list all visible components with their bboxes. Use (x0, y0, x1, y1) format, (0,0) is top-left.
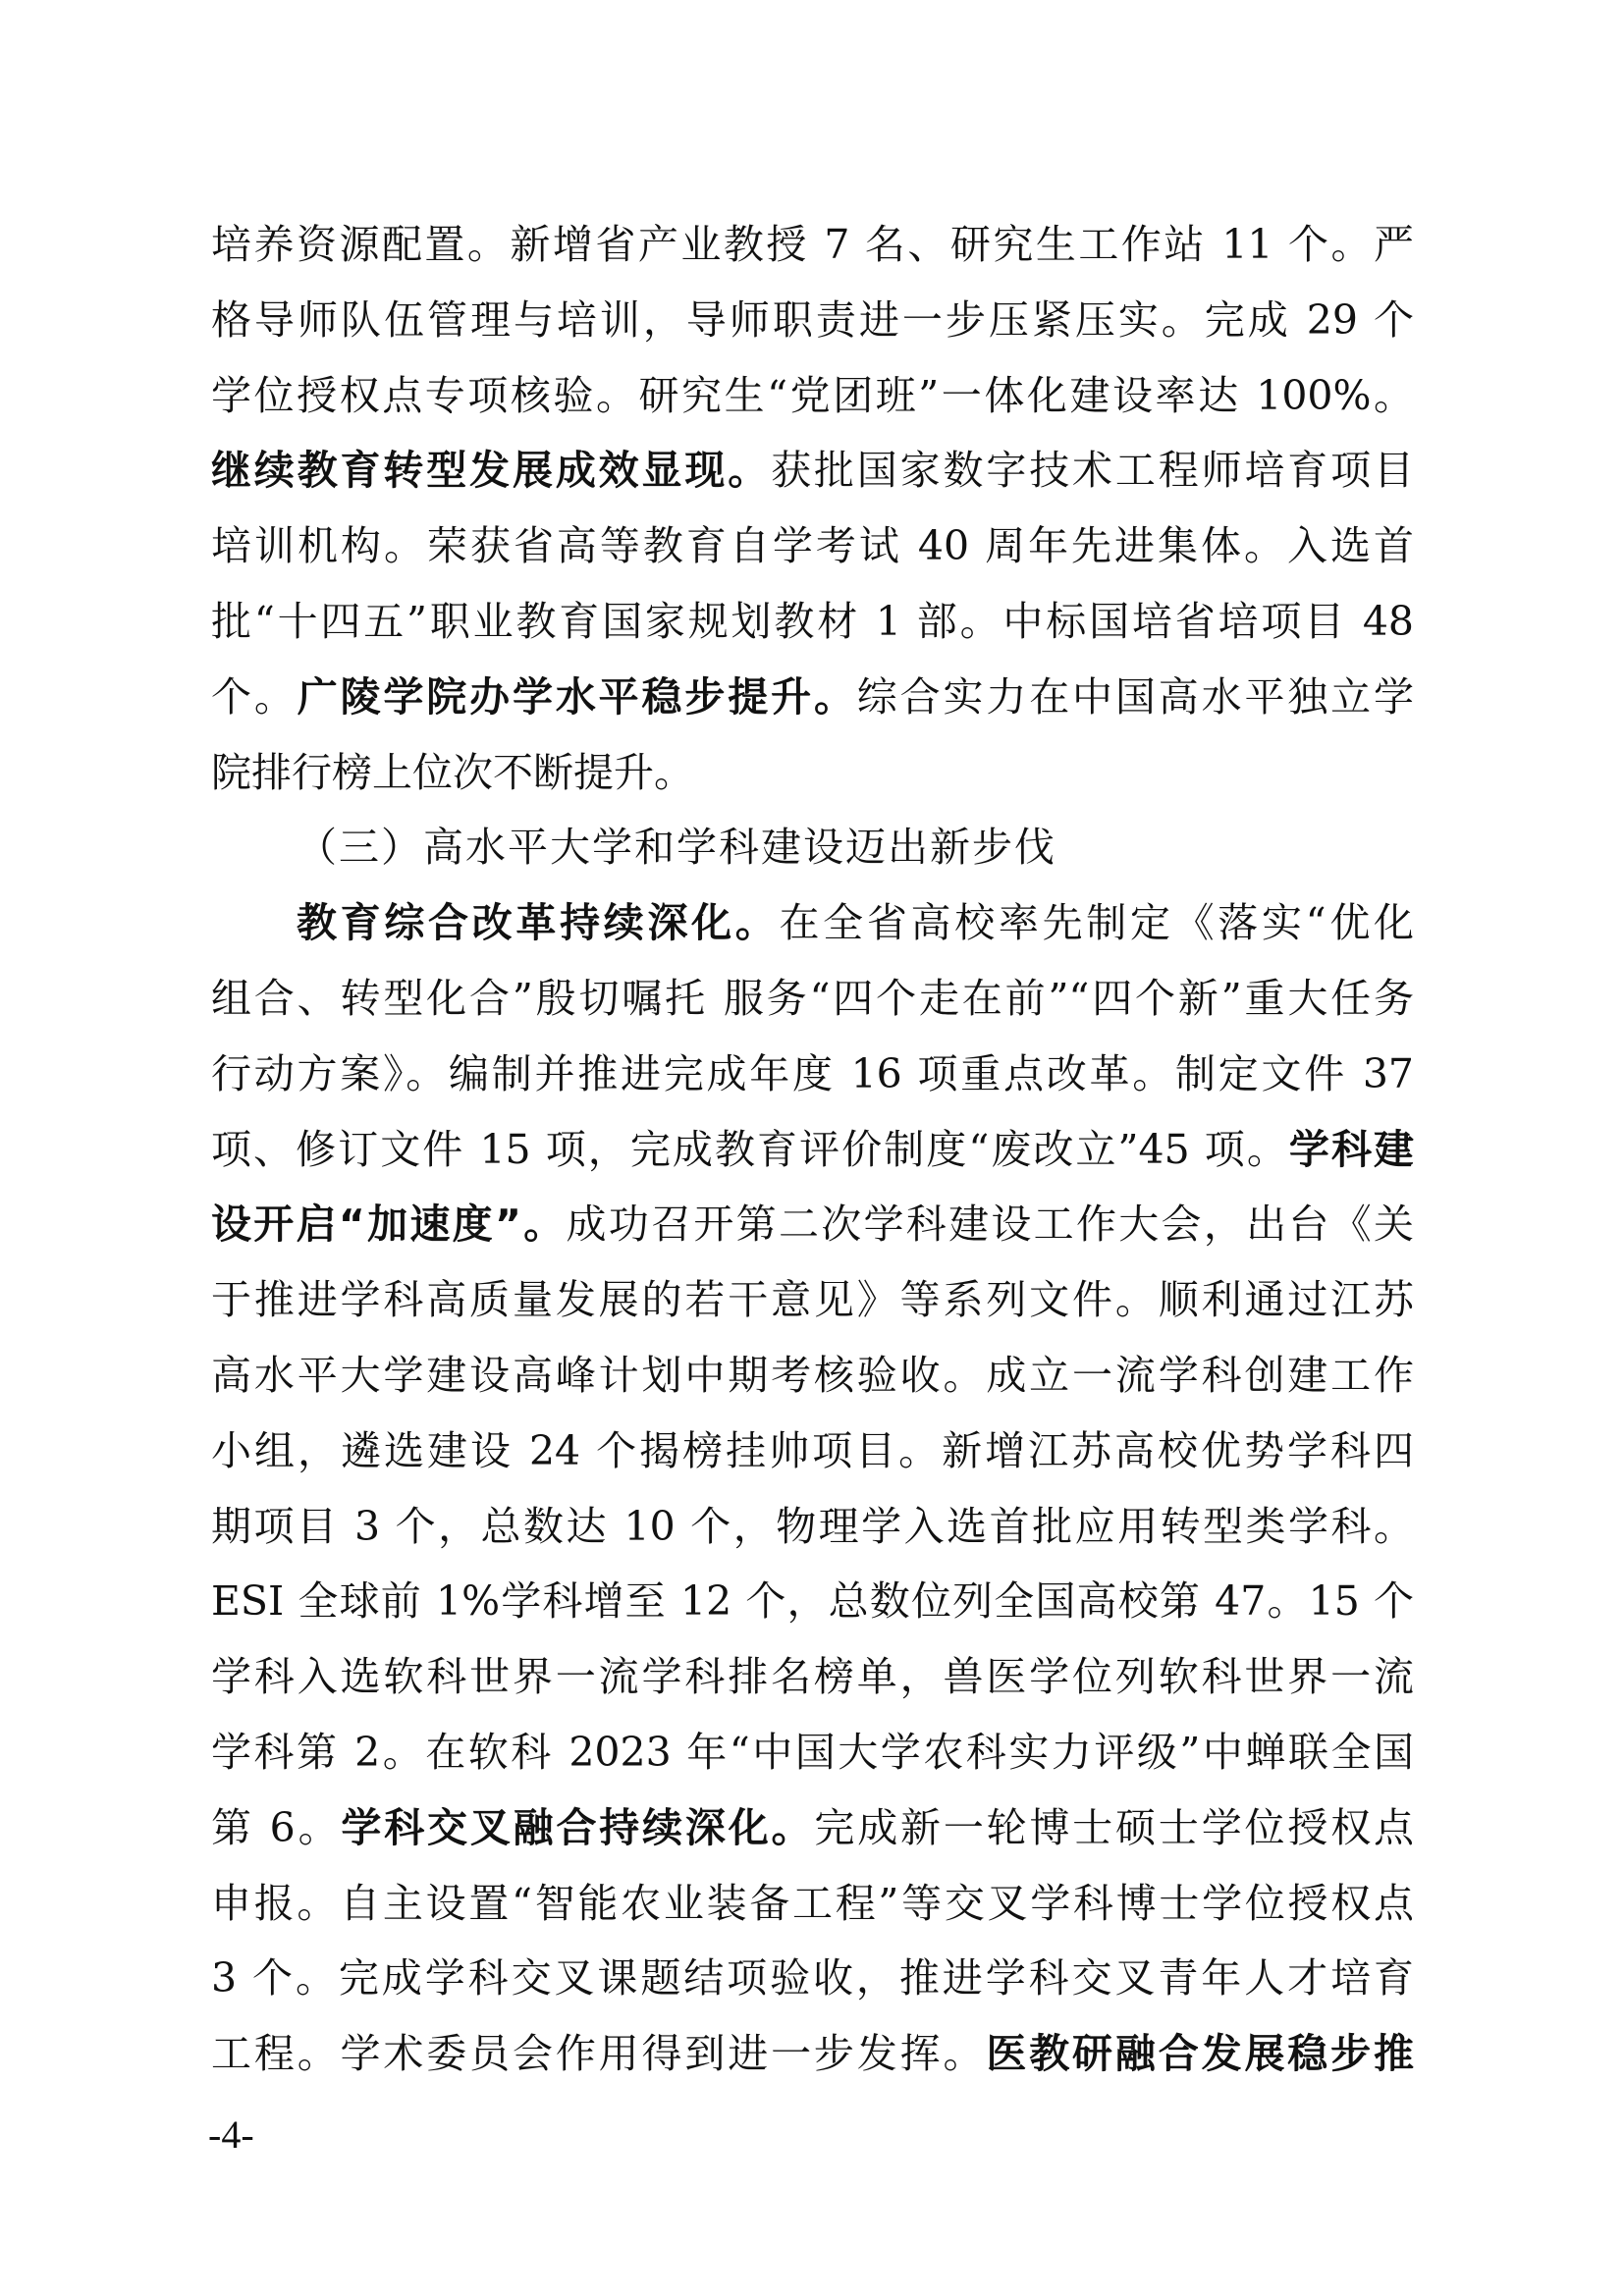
text-line: 行动方案》。编制并推进完成年度 16 项重点改革。制定文件 37 (211, 1049, 1414, 1098)
text-line: 高水平大学建设高峰计划中期考核验收。成立一流学科创建工作 (211, 1351, 1414, 1400)
text-run: 格导师队伍管理与培训，导师职责进一步压紧压实。完成 29 个 (211, 296, 1414, 344)
text-run: 第 6。 (211, 1804, 341, 1851)
text-run: 院排行榜上位次不断提升。 (211, 749, 694, 796)
text-line: 于推进学科高质量发展的若干意见》等系列文件。顺利通过江苏 (211, 1275, 1414, 1324)
text-line: 培训机构。荣获省高等教育自学考试 40 周年先进集体。入选首 (211, 521, 1414, 570)
bold-run-heading: 学科交叉融合持续深化。 (341, 1804, 814, 1851)
text-run: 组合、转型化合”殷切嘱托 服务“四个走在前”“四个新”重大任务 (211, 975, 1414, 1022)
text-run: ESI 全球前 1%学科增至 12 个，总数位列全国高校第 47。15 个 (211, 1577, 1414, 1625)
bold-run-heading: 继续教育转型发展成效显现。 (211, 447, 771, 494)
text-run: 在全省高校率先制定《落实“优化 (780, 899, 1415, 946)
text-run: 批“十四五”职业教育国家规划教材 1 部。中标国培省培项目 48 (211, 598, 1414, 645)
page-number: -4- (208, 2110, 254, 2160)
text-run: 行动方案》。编制并推进完成年度 16 项重点改革。制定文件 37 (211, 1050, 1414, 1097)
text-run: 成功召开第二次学科建设工作大会，出台《关 (567, 1201, 1415, 1248)
text-line: 学科第 2。在软科 2023 年“中国大学农科实力评级”中蝉联全国 (211, 1728, 1414, 1777)
text-line: 3 个。完成学科交叉课题结项验收，推进学科交叉青年人才培育 (211, 1953, 1414, 2002)
text-line: 格导师队伍管理与培训，导师职责进一步压紧压实。完成 29 个 (211, 295, 1414, 345)
text-run: 综合实力在中国高水平独立学 (857, 673, 1414, 721)
text-run: 学科入选软科世界一流学科排名榜单，兽医学位列软科世界一流 (211, 1653, 1414, 1700)
text-run: 培养资源配置。新增省产业教授 7 名、研究生工作站 11 个。严 (211, 221, 1414, 268)
text-line: 批“十四五”职业教育国家规划教材 1 部。中标国培省培项目 48 (211, 597, 1414, 646)
document-page: 培养资源配置。新增省产业教授 7 名、研究生工作站 11 个。严格导师队伍管理与… (0, 0, 1624, 2296)
text-line: 期项目 3 个，总数达 10 个，物理学入选首批应用转型类学科。 (211, 1502, 1414, 1551)
text-run: 申报。自主设置“智能农业装备工程”等交叉学科博士学位授权点 (211, 1880, 1414, 1927)
text-line: 教育综合改革持续深化。在全省高校率先制定《落实“优化 (297, 898, 1414, 947)
text-run: 学位授权点专项核验。研究生“党团班”一体化建设率达 100%。 (211, 372, 1414, 419)
text-run: 期项目 3 个，总数达 10 个，物理学入选首批应用转型类学科。 (211, 1503, 1414, 1550)
text-line: 组合、转型化合”殷切嘱托 服务“四个走在前”“四个新”重大任务 (211, 974, 1414, 1023)
text-line: 申报。自主设置“智能农业装备工程”等交叉学科博士学位授权点 (211, 1879, 1414, 1928)
text-line: 设开启“加速度”。成功召开第二次学科建设工作大会，出台《关 (211, 1200, 1414, 1249)
text-line: 项、修订文件 15 项，完成教育评价制度“废改立”45 项。学科建 (211, 1125, 1414, 1174)
text-run: 于推进学科高质量发展的若干意见》等系列文件。顺利通过江苏 (211, 1276, 1414, 1323)
text-run: 工程。学术委员会作用得到进一步发挥。 (211, 2030, 986, 2077)
text-line: ESI 全球前 1%学科增至 12 个，总数位列全国高校第 47。15 个 (211, 1576, 1414, 1626)
text-run: 高水平大学建设高峰计划中期考核验收。成立一流学科创建工作 (211, 1352, 1414, 1399)
text-line: 学科入选软科世界一流学科排名榜单，兽医学位列软科世界一流 (211, 1652, 1414, 1701)
text-run: 3 个。完成学科交叉课题结项验收，推进学科交叉青年人才培育 (211, 1954, 1414, 2002)
text-run: （三）高水平大学和学科建设迈出新步伐 (297, 824, 1056, 871)
text-line: 第 6。学科交叉融合持续深化。完成新一轮博士硕士学位授权点 (211, 1803, 1414, 1852)
text-run: 小组，遴选建设 24 个揭榜挂帅项目。新增江苏高校优势学科四 (211, 1427, 1414, 1474)
bold-run-heading: 广陵学院办学水平稳步提升。 (298, 673, 857, 721)
section-heading: （三）高水平大学和学科建设迈出新步伐 (297, 823, 1056, 872)
text-line: 小组，遴选建设 24 个揭榜挂帅项目。新增江苏高校优势学科四 (211, 1426, 1414, 1475)
text-run: 完成新一轮博士硕士学位授权点 (814, 1804, 1414, 1851)
text-line: 培养资源配置。新增省产业教授 7 名、研究生工作站 11 个。严 (211, 220, 1414, 269)
bold-run-heading: 医教研融合发展稳步推 (986, 2030, 1414, 2077)
text-line: 工程。学术委员会作用得到进一步发挥。医教研融合发展稳步推 (211, 2029, 1414, 2078)
text-run: 项、修订文件 15 项，完成教育评价制度“废改立”45 项。 (211, 1126, 1289, 1173)
text-line: 个。广陵学院办学水平稳步提升。综合实力在中国高水平独立学 (211, 672, 1414, 721)
text-line: 院排行榜上位次不断提升。 (211, 748, 1414, 797)
text-run: 培训机构。荣获省高等教育自学考试 40 周年先进集体。入选首 (211, 522, 1414, 569)
text-line: 继续教育转型发展成效显现。获批国家数字技术工程师培育项目 (211, 446, 1414, 495)
text-run: 学科第 2。在软科 2023 年“中国大学农科实力评级”中蝉联全国 (211, 1729, 1414, 1776)
text-line: 学位授权点专项核验。研究生“党团班”一体化建设率达 100%。 (211, 371, 1414, 420)
bold-run-heading: 设开启“加速度”。 (211, 1201, 567, 1248)
bold-run-heading: 教育综合改革持续深化。 (297, 899, 780, 946)
text-run: 个。 (211, 673, 298, 721)
bold-run-heading: 学科建 (1289, 1126, 1414, 1173)
text-run: 获批国家数字技术工程师培育项目 (771, 447, 1414, 494)
